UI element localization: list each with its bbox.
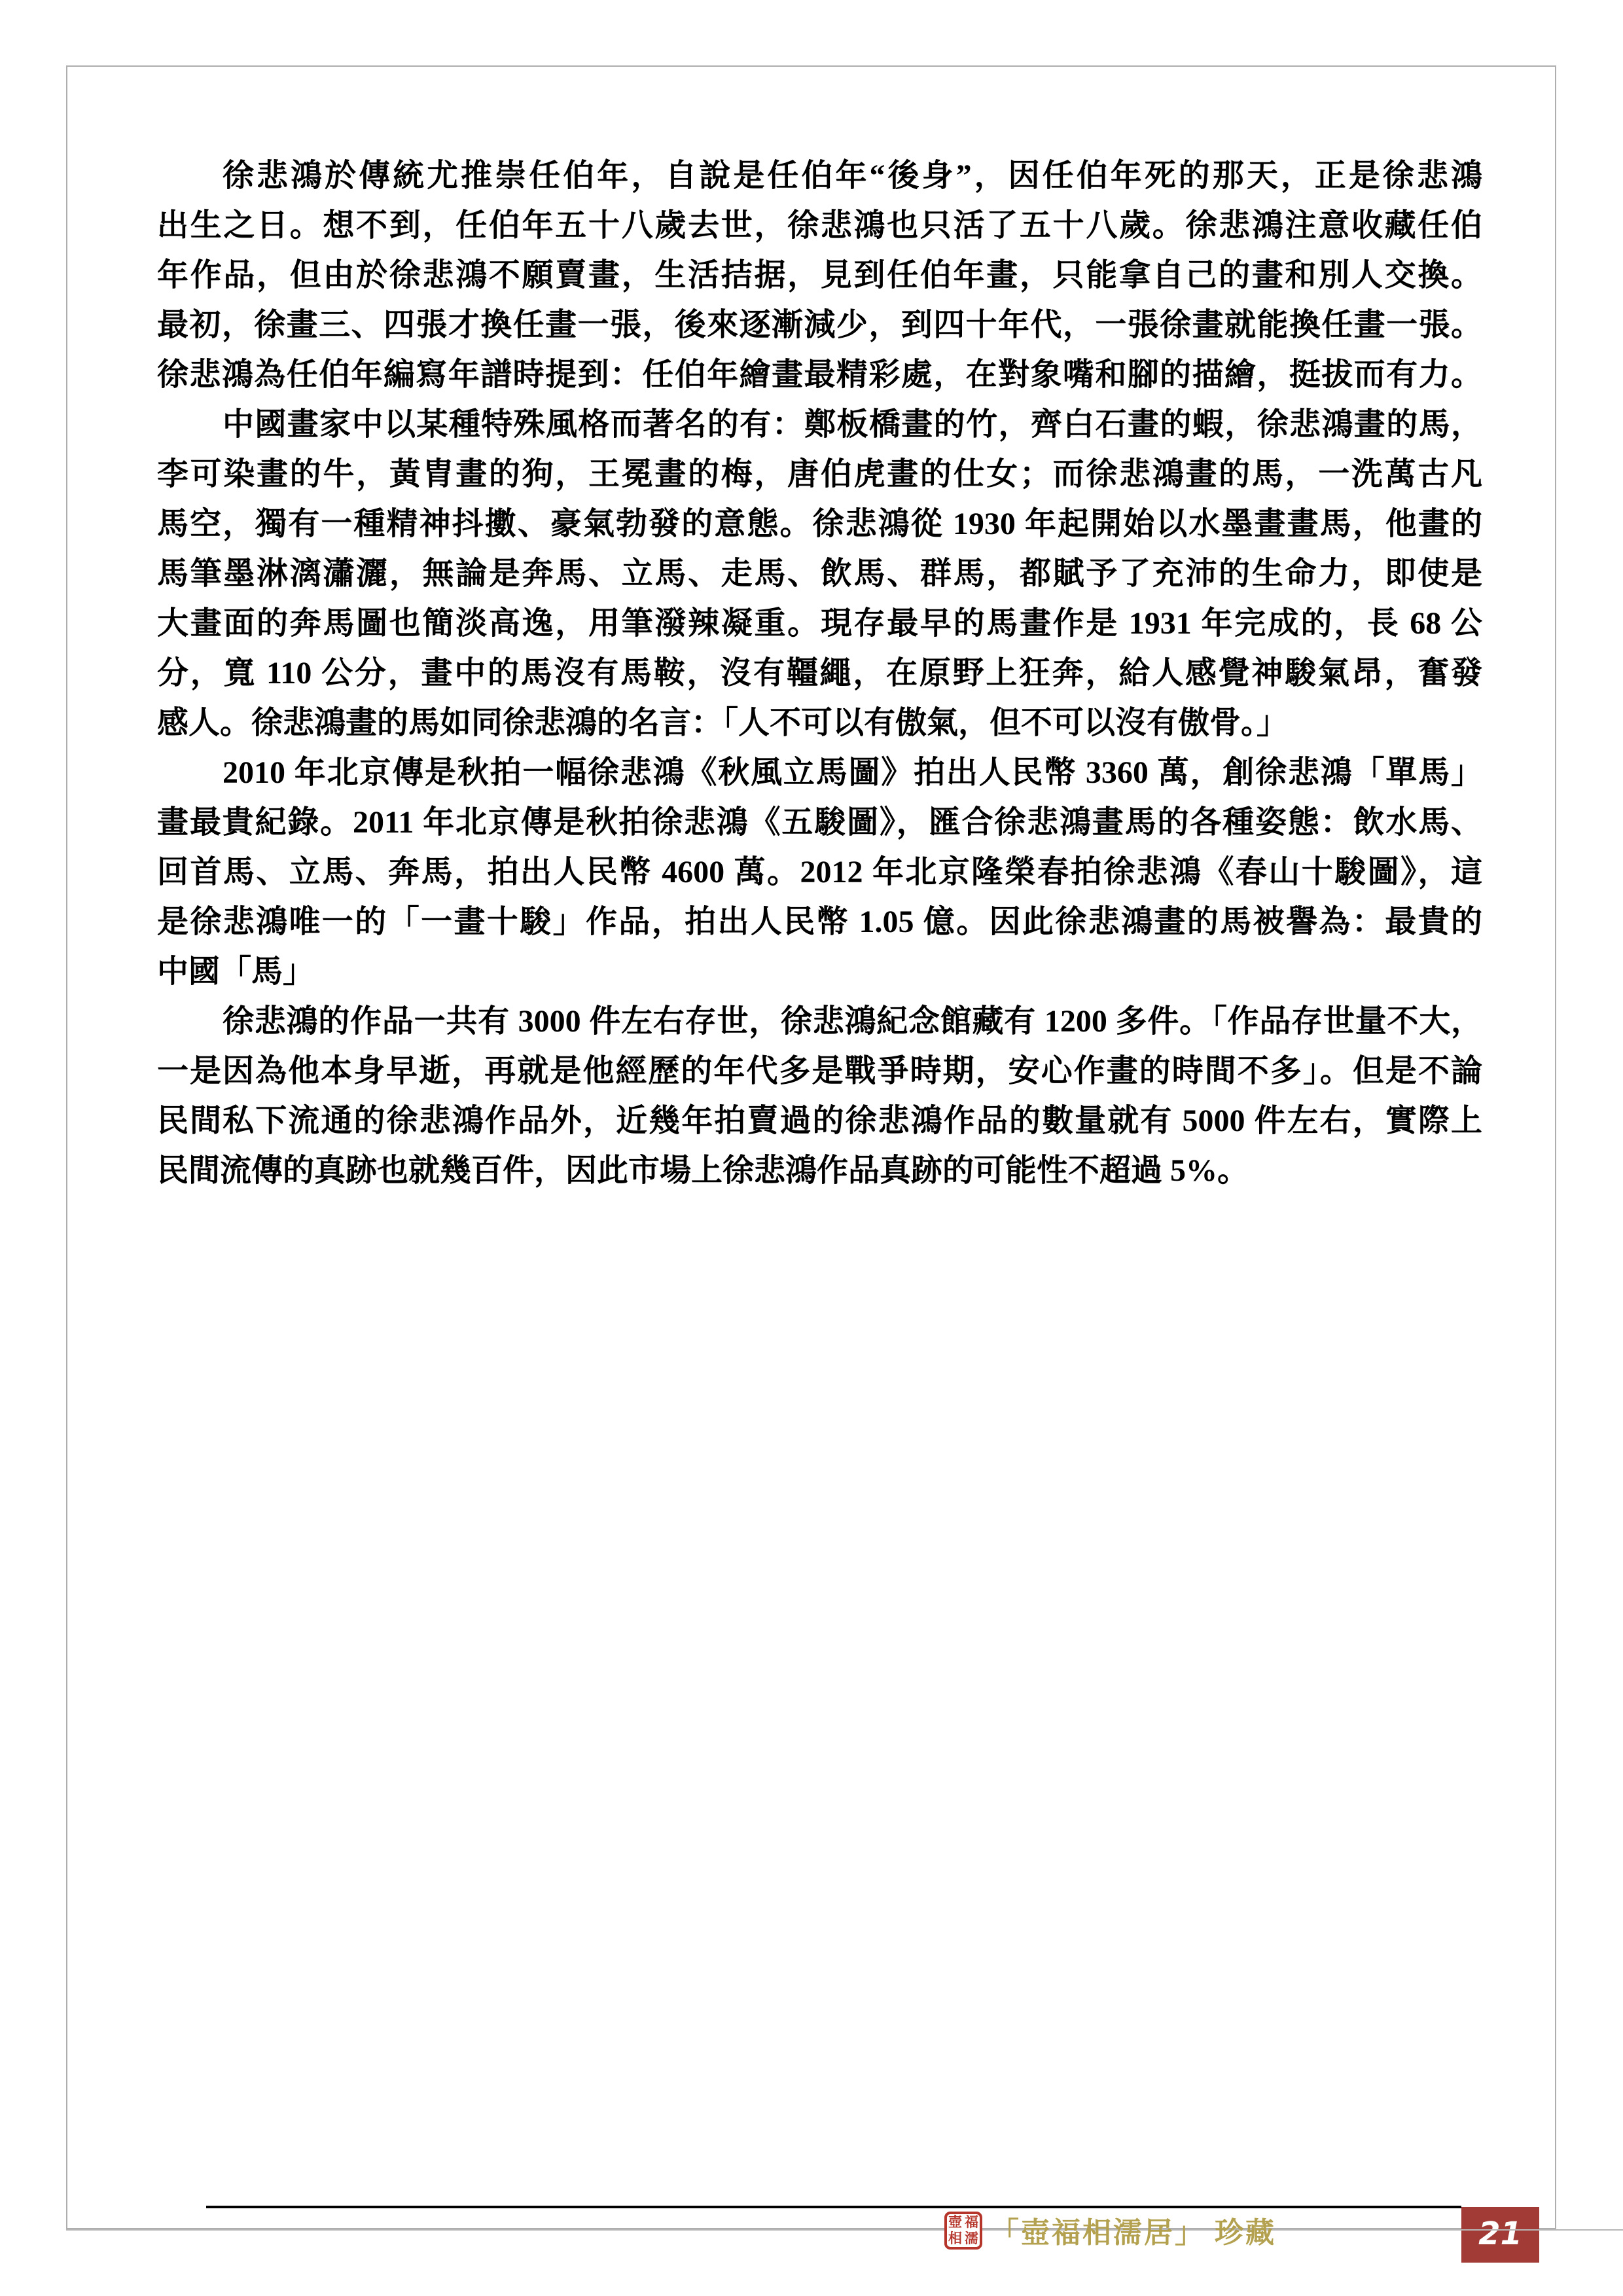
text-line: 大畫面的奔馬圖也簡淡高逸，用筆潑辣凝重。現存最早的馬畫作是 1931 年完成的，… — [157, 599, 1482, 649]
paragraph: 2010 年北京傳是秋拍一幅徐悲鴻《秋風立馬圖》拍出人民幣 3360 萬，創徐悲… — [157, 748, 1482, 997]
text-line: 2010 年北京傳是秋拍一幅徐悲鴻《秋風立馬圖》拍出人民幣 3360 萬，創徐悲… — [157, 748, 1482, 798]
text-line: 年作品，但由於徐悲鴻不願賣畫，生活拮据，見到任伯年畫，只能拿自己的畫和別人交換。 — [157, 251, 1482, 300]
text-line: 馬空，獨有一種精神抖擻、豪氣勃發的意態。徐悲鴻從 1930 年起開始以水墨畫畫馬… — [157, 499, 1482, 549]
text-line: 徐悲鴻於傳統尤推崇任伯年，自說是任伯年“後身”，因任伯年死的那天，正是徐悲鴻 — [157, 151, 1482, 201]
seal-character: 相 — [948, 2232, 962, 2246]
paragraph: 徐悲鴻的作品一共有 3000 件左右存世，徐悲鴻紀念館藏有 1200 多件。「作… — [157, 997, 1482, 1196]
text-line: 出生之日。想不到，任伯年五十八歲去世，徐悲鴻也只活了五十八歲。徐悲鴻注意收藏任伯 — [157, 201, 1482, 251]
text-line: 一是因為他本身早逝，再就是他經歷的年代多是戰爭時期，安心作畫的時間不多」。但是不… — [157, 1047, 1482, 1096]
text-line: 中國畫家中以某種特殊風格而著名的有：鄭板橋畫的竹，齊白石畫的蝦，徐悲鴻畫的馬， — [157, 400, 1482, 450]
text-line: 畫最貴紀錄。2011 年北京傳是秋拍徐悲鴻《五駿圖》，匯合徐悲鴻畫馬的各種姿態：… — [157, 798, 1482, 848]
text-line: 民間流傳的真跡也就幾百件，因此市場上徐悲鴻作品真跡的可能性不超過 5%。 — [157, 1146, 1482, 1196]
seal-character: 福 — [965, 2215, 978, 2229]
paragraph: 中國畫家中以某種特殊風格而著名的有：鄭板橋畫的竹，齊白石畫的蝦，徐悲鴻畫的馬，李… — [157, 400, 1482, 748]
text-line: 最初，徐畫三、四張才換任畫一張，後來逐漸減少，到四十年代，一張徐畫就能換任畫一張… — [157, 300, 1482, 350]
footer-divider-black — [206, 2206, 1461, 2208]
footer-divider-gray — [66, 2229, 1623, 2231]
text-line: 是徐悲鴻唯一的「一畫十駿」作品，拍出人民幣 1.05 億。因此徐悲鴻畫的馬被譽為… — [157, 897, 1482, 947]
text-line: 分，寬 110 公分，畫中的馬沒有馬鞍，沒有韁繩，在原野上狂奔，給人感覺神駿氣昂… — [157, 649, 1482, 698]
text-line: 中國「馬」 — [157, 947, 1482, 997]
page-number: 21 — [1478, 2215, 1522, 2252]
text-line: 徐悲鴻為任伯年編寫年譜時提到：任伯年繪畫最精彩處，在對象嘴和腳的描繪，挺拔而有力… — [157, 350, 1482, 400]
document-page: 徐悲鴻於傳統尤推崇任伯年，自說是任伯年“後身”，因任伯年死的那天，正是徐悲鴻出生… — [0, 0, 1623, 2296]
seal-character: 壺 — [948, 2215, 962, 2229]
text-line: 徐悲鴻的作品一共有 3000 件左右存世，徐悲鴻紀念館藏有 1200 多件。「作… — [157, 997, 1482, 1047]
collection-seal-icon: 壺福相濡 — [944, 2212, 982, 2250]
collection-label: 「壺福相濡居」 珍藏 — [990, 2214, 1276, 2252]
seal-character: 濡 — [965, 2232, 978, 2246]
document-body: 徐悲鴻於傳統尤推崇任伯年，自說是任伯年“後身”，因任伯年死的那天，正是徐悲鴻出生… — [157, 151, 1482, 1196]
paragraph: 徐悲鴻於傳統尤推崇任伯年，自說是任伯年“後身”，因任伯年死的那天，正是徐悲鴻出生… — [157, 151, 1482, 400]
text-line: 馬筆墨淋漓瀟灑，無論是奔馬、立馬、走馬、飲馬、群馬，都賦予了充沛的生命力，即使是 — [157, 549, 1482, 599]
text-line: 感人。徐悲鴻畫的馬如同徐悲鴻的名言：「人不可以有傲氣，但不可以沒有傲骨。」 — [157, 698, 1482, 748]
page-number-badge: 21 — [1461, 2207, 1539, 2263]
text-line: 回首馬、立馬、奔馬，拍出人民幣 4600 萬。2012 年北京隆榮春拍徐悲鴻《春… — [157, 848, 1482, 897]
text-line: 民間私下流通的徐悲鴻作品外，近幾年拍賣過的徐悲鴻作品的數量就有 5000 件左右… — [157, 1096, 1482, 1146]
text-line: 李可染畫的牛，黃胄畫的狗，王冕畫的梅，唐伯虎畫的仕女；而徐悲鴻畫的馬，一洗萬古凡 — [157, 450, 1482, 499]
